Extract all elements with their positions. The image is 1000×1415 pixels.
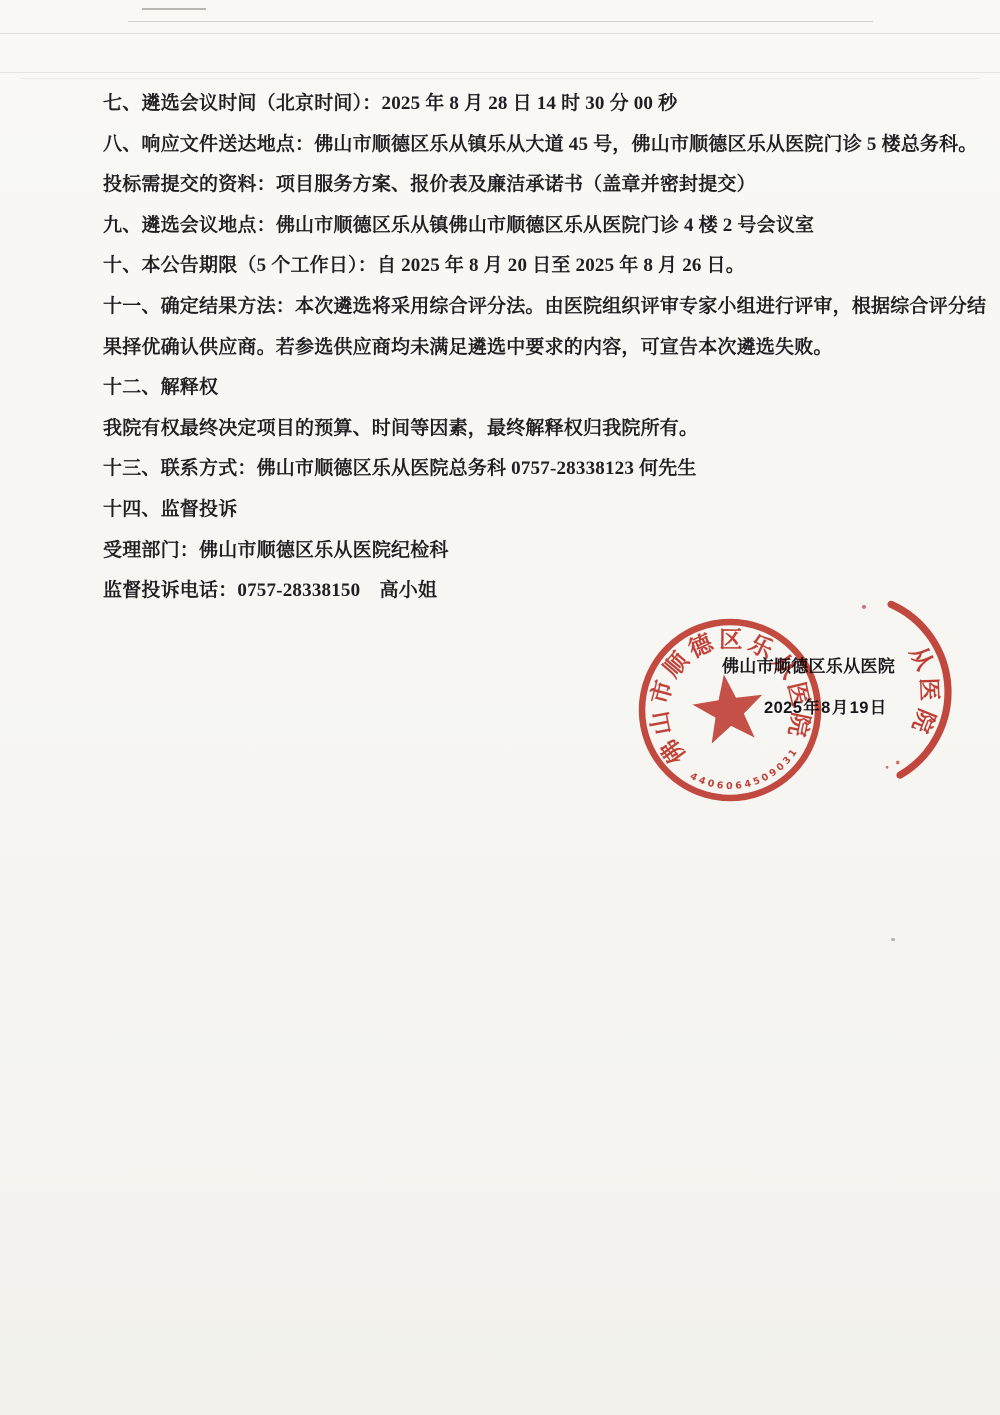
doc-line-9: 九、遴选会议地点：佛山市顺德区乐从镇佛山市顺德区乐从医院门诊 4 楼 2 号会议…	[103, 206, 953, 247]
doc-line-14: 十四、监督投诉	[103, 490, 953, 531]
scan-artifact-line	[0, 72, 1000, 73]
line-text: 本次遴选将采用综合评分法。由医院组织评审专家小组进行评审，根据综合评分结	[295, 296, 986, 317]
doc-line-12: 十二、解释权	[103, 368, 953, 409]
svg-text:医: 医	[916, 677, 942, 701]
scan-artifact-line	[20, 78, 980, 79]
svg-text:4: 4	[697, 775, 708, 788]
line-label: 受理部门：	[103, 540, 199, 561]
line-text: 我院有权最终决定项目的预算、时间等因素，最终解释权归我院所有。	[103, 418, 698, 439]
line-label: 十三、联系方式：	[103, 458, 257, 479]
doc-line-12-body: 我院有权最终决定项目的预算、时间等因素，最终解释权归我院所有。	[103, 409, 953, 450]
line-text: 项目服务方案、报价表及廉洁承诺书（盖章并密封提交）	[276, 174, 756, 195]
svg-text:院: 院	[907, 705, 939, 736]
line-text: 佛山市顺德区乐从镇佛山市顺德区乐从医院门诊 4 楼 2 号会议室	[276, 215, 814, 236]
line-label: 八、响应文件送达地点：	[103, 134, 314, 155]
line-label: 十一、确定结果方法：	[103, 296, 295, 317]
partial-seal: 从医院	[747, 587, 957, 797]
svg-text:从: 从	[905, 642, 938, 674]
svg-text:市: 市	[646, 677, 678, 707]
line-label: 监督投诉电话：	[103, 580, 237, 601]
doc-line-13: 十三、联系方式：佛山市顺德区乐从医院总务科 0757-28338123 何先生	[103, 449, 953, 490]
line-label: 九、遴选会议地点：	[103, 215, 276, 236]
scan-artifact-line	[128, 21, 873, 22]
svg-text:6: 6	[735, 780, 743, 792]
line-text: 2025 年 8 月 28 日 14 时 30 分 00 秒	[382, 93, 678, 114]
line-text: 佛山市顺德区乐从医院纪检科	[199, 540, 449, 561]
svg-text:0: 0	[706, 778, 716, 790]
scan-artifact-line	[142, 8, 206, 10]
svg-text:区: 区	[719, 626, 743, 653]
scan-artifact-speck	[891, 938, 895, 941]
scan-artifact-line	[0, 33, 1000, 34]
doc-line-11a: 十一、确定结果方法：本次遴选将采用综合评分法。由医院组织评审专家小组进行评审，根…	[103, 287, 953, 328]
doc-line-10: 十、本公告期限（5 个工作日）：自 2025 年 8 月 20 日至 2025 …	[103, 246, 953, 287]
line-text: 佛山市顺德区乐从镇乐从大道 45 号，佛山市顺德区乐从医院门诊 5 楼总务科。	[314, 134, 977, 155]
doc-line-7: 七、遴选会议时间（北京时间）：2025 年 8 月 28 日 14 时 30 分…	[103, 84, 953, 125]
line-label: 十二、解释权	[103, 377, 218, 398]
line-text: 果择优确认供应商。若参选供应商均未满足遴选中要求的内容，可宣告本次遴选失败。	[103, 337, 833, 358]
doc-line-materials: 投标需提交的资料：项目服务方案、报价表及廉洁承诺书（盖章并密封提交）	[103, 165, 953, 206]
svg-text:6: 6	[716, 780, 724, 792]
line-text: 佛山市顺德区乐从医院总务科 0757-28338123 何先生	[257, 458, 697, 479]
line-text: 0757-28338150 高小姐	[237, 580, 437, 601]
line-label: 七、遴选会议时间（北京时间）：	[103, 93, 382, 114]
svg-text:山: 山	[646, 709, 677, 737]
document-body: 七、遴选会议时间（北京时间）：2025 年 8 月 28 日 14 时 30 分…	[103, 84, 953, 612]
doc-line-8: 八、响应文件送达地点：佛山市顺德区乐从镇乐从大道 45 号，佛山市顺德区乐从医院…	[103, 125, 953, 166]
line-label: 十四、监督投诉	[103, 499, 237, 520]
svg-text:0: 0	[726, 781, 733, 792]
line-label: 十、本公告期限（5 个工作日）：	[103, 255, 377, 276]
doc-line-11b: 果择优确认供应商。若参选供应商均未满足遴选中要求的内容，可宣告本次遴选失败。	[103, 328, 953, 369]
line-label: 投标需提交的资料：	[103, 174, 276, 195]
scanned-document-page: 七、遴选会议时间（北京时间）：2025 年 8 月 28 日 14 时 30 分…	[0, 0, 1000, 1415]
doc-line-accept-dept: 受理部门：佛山市顺德区乐从医院纪检科	[103, 531, 953, 572]
line-text: 自 2025 年 8 月 20 日至 2025 年 8 月 26 日。	[377, 255, 745, 276]
